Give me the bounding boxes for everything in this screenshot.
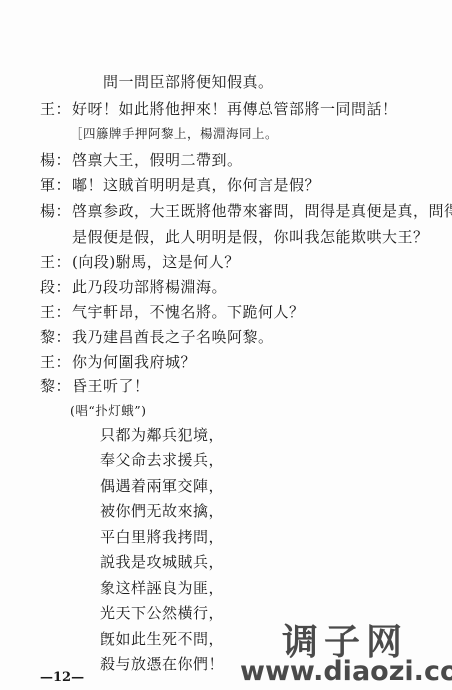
dialogue-line: 楊：啓禀大王，假明二帶到。 [40,150,243,170]
stage-direction: ［四籐牌手押阿黎上，楊淵海同上。 [70,124,278,144]
verse-line: 被你們无故來擒， [100,501,224,521]
line-text: (向段)駙馬，这是何人？ [72,253,240,271]
verse-line: 象这样誣良为匪， [100,578,224,598]
line-text: 你为何圍我府城？ [72,353,196,371]
line-text: 嘟！这賊首明明是真，你何言是假？ [72,176,320,194]
dialogue-line: 楊：啓禀参政，大王既將他帶來審問，問得是真便是真，問得 [40,201,452,221]
dialogue-line: 王：(向段)駙馬，这是何人？ [40,252,240,272]
verse-line: 説我是攻城賊兵， [100,552,224,572]
verse-line: 偶遇着兩軍交陣， [100,476,224,496]
line-text: ［四籐牌手押阿黎上，楊淵海同上。 [70,126,278,141]
song-direction: (唱“扑灯蛾”) [70,401,147,421]
text-line: 問一問臣部將便知假真。 [103,72,274,92]
speaker-label: 黎： [40,327,72,347]
verse-line: 光天下公然橫行， [100,603,224,623]
verse-line: 只都为鄰兵犯境， [100,425,224,445]
line-text: 我乃建昌酋長之子名唤阿黎。 [72,328,274,346]
dialogue-line: 軍：嘟！这賊首明明是真，你何言是假？ [40,175,320,195]
line-text: 此乃段功部將楊淵海。 [72,278,227,296]
text-line: 是假便是假，此人明明是假，你叫我怎能欺哄大王？ [72,227,429,247]
speaker-label: 段： [40,277,72,297]
speaker-label: 王： [40,99,72,119]
speaker-label: 楊： [40,201,72,221]
verse-line: 旣如此生死不問， [100,629,224,649]
document-page: 問一問臣部將便知假真。 王：好呀！如此將他押來！再傳总管部將一同問話！ ［四籐牌… [0,0,452,690]
dialogue-line: 王：你为何圍我府城？ [40,352,196,372]
speaker-label: 王： [40,302,72,322]
dialogue-line: 黎：我乃建昌酋長之子名唤阿黎。 [40,327,274,347]
verse-line: 平白里將我拷問， [100,527,224,547]
dialogue-line: 王：好呀！如此將他押來！再傳总管部將一同問話！ [40,99,398,119]
speaker-label: 王： [40,352,72,372]
page-number: —12— [40,670,84,685]
dialogue-line: 黎：昏王听了！ [40,376,150,396]
line-text: 气宇軒昂，不愧名將。下跪何人？ [72,303,305,321]
line-text: 啓禀参政，大王既將他帶來審問，問得是真便是真，問得 [72,202,452,220]
line-text: 問一問臣部將便知假真。 [103,73,274,91]
watermark-url: www.diaozi.com [240,656,452,687]
speaker-label: 黎： [40,376,72,396]
line-text: 好呀！如此將他押來！再傳总管部將一同問話！ [72,100,398,118]
line-text: 昏王听了！ [72,377,150,395]
line-text: 啓禀大王，假明二帶到。 [72,151,243,169]
dialogue-line: 王：气宇軒昂，不愧名將。下跪何人？ [40,302,305,322]
verse-line: 奉父命去求援兵， [100,450,224,470]
line-text: (唱“扑灯蛾”) [70,403,147,418]
line-text: 是假便是假，此人明明是假，你叫我怎能欺哄大王？ [72,228,429,246]
speaker-label: 王： [40,252,72,272]
speaker-label: 軍： [40,175,72,195]
verse-line: 殺与放憑在你們！ [100,654,224,674]
dialogue-line: 段：此乃段功部將楊淵海。 [40,277,227,297]
speaker-label: 楊： [40,150,72,170]
